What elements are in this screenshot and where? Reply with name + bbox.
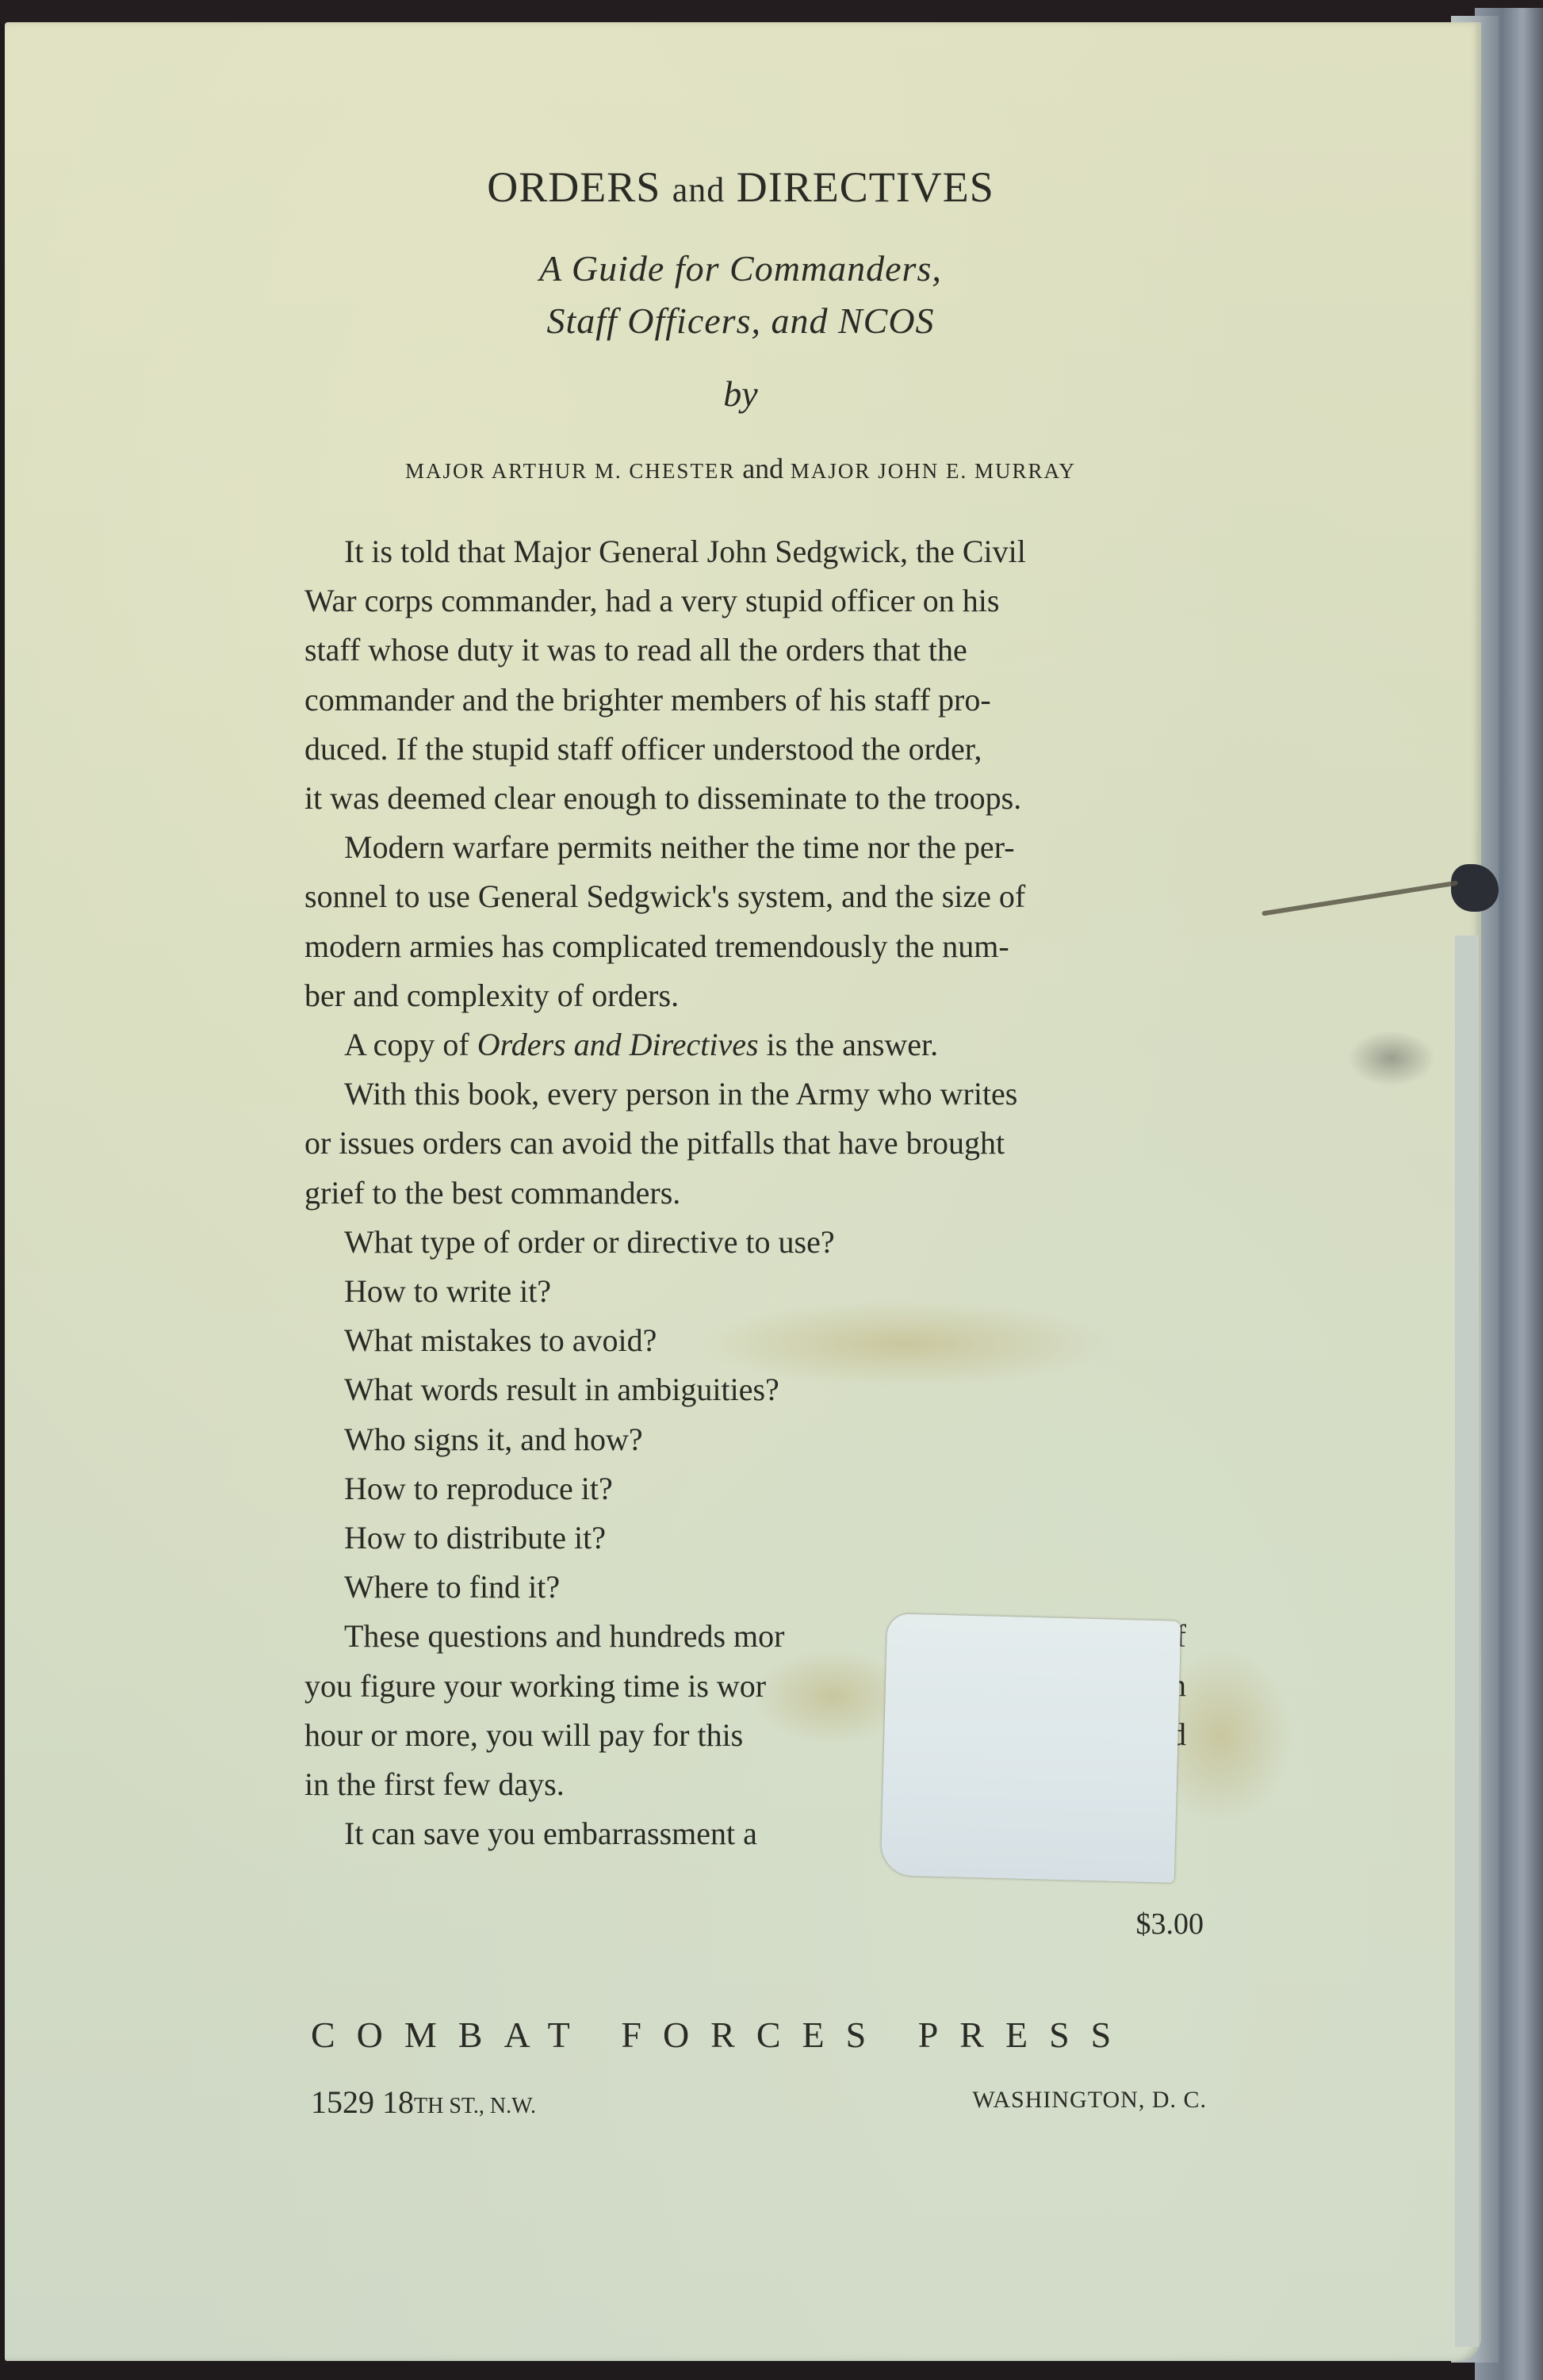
text-line: commander and the brighter members of hi…: [304, 675, 1186, 725]
city: WASHINGTON, D. C.: [972, 2083, 1207, 2121]
paragraph-pitfalls: With this book, every person in the Army…: [304, 1069, 1186, 1218]
book-title-italic: Orders and Directives: [477, 1027, 759, 1062]
text-line: staff whose duty it was to read all the …: [304, 626, 1186, 675]
street-address: 1529 18TH ST., N.W.: [311, 2083, 536, 2121]
text-line: sonnel to use General Sedgwick's system,…: [304, 872, 1186, 921]
text-line: Modern warfare permits neither the time …: [304, 823, 1186, 872]
title-word-orders: ORDERS: [487, 163, 660, 211]
street-number: 1529 18: [311, 2084, 414, 2120]
text-line: grief to the best commanders.: [304, 1169, 1186, 1218]
paragraph-modern-warfare: Modern warfare permits neither the time …: [304, 823, 1186, 1020]
text-line: A copy of Orders and Directives is the a…: [304, 1020, 1186, 1069]
question-item: What type of order or directive to use?: [304, 1218, 1186, 1267]
question-item: How to reproduce it?: [304, 1464, 1186, 1513]
text-line: ber and complexity of orders.: [304, 971, 1186, 1020]
street-suffix: TH ST., N.W.: [414, 2094, 536, 2118]
question-item: How to write it?: [304, 1267, 1186, 1316]
background-top: [0, 0, 1543, 24]
text-line: or issues orders can avoid the pitfalls …: [304, 1119, 1186, 1168]
book-jacket-back-cover: ORDERS and DIRECTIVES A Guide for Comman…: [0, 0, 1543, 2380]
authors-and: and: [742, 453, 783, 484]
text-line: modern armies has complicated tremendous…: [304, 922, 1186, 971]
question-item: What words result in ambiguities?: [304, 1365, 1186, 1414]
torn-edge-panel: [1455, 936, 1479, 2347]
subtitle-line-1: A Guide for Commanders,: [0, 247, 1481, 289]
text-line: duced. If the stupid staff officer under…: [304, 725, 1186, 774]
author-1: MAJOR ARTHUR M. CHESTER: [405, 459, 735, 483]
paragraph-sedgwick: It is told that Major General John Sedgw…: [304, 527, 1186, 823]
text-line: With this book, every person in the Army…: [304, 1069, 1186, 1119]
authors: MAJOR ARTHUR M. CHESTER and MAJOR JOHN E…: [0, 452, 1481, 485]
subtitle-line-2: Staff Officers, and NCOS: [0, 300, 1481, 342]
author-2: MAJOR JOHN E. MURRAY: [791, 459, 1076, 483]
publisher-name: COMBAT FORCES PRESS: [311, 2014, 1207, 2056]
price: $3.00: [1136, 1907, 1204, 1942]
question-item: How to distribute it?: [304, 1513, 1186, 1563]
text-fragment: A copy of: [344, 1027, 477, 1062]
question-list: What type of order or directive to use? …: [304, 1218, 1186, 1613]
publisher-address: 1529 18TH ST., N.W. WASHINGTON, D. C.: [311, 2083, 1207, 2121]
text-fragment: is the answer.: [759, 1027, 939, 1062]
title-word-directives: DIRECTIVES: [737, 163, 994, 211]
price-sticker-residue: [881, 1613, 1181, 1883]
text-line: War corps commander, had a very stupid o…: [304, 576, 1186, 626]
text-line: It is told that Major General John Sedgw…: [304, 527, 1186, 576]
question-item: What mistakes to avoid?: [304, 1316, 1186, 1365]
paragraph-answer: A copy of Orders and Directives is the a…: [304, 1020, 1186, 1069]
question-item: Who signs it, and how?: [304, 1415, 1186, 1464]
by-line: by: [0, 373, 1481, 415]
title-word-and: and: [672, 170, 726, 209]
book-title: ORDERS and DIRECTIVES: [0, 163, 1481, 212]
ink-smudge: [1348, 1031, 1435, 1086]
question-item: Where to find it?: [304, 1563, 1186, 1612]
text-line: it was deemed clear enough to disseminat…: [304, 774, 1186, 823]
